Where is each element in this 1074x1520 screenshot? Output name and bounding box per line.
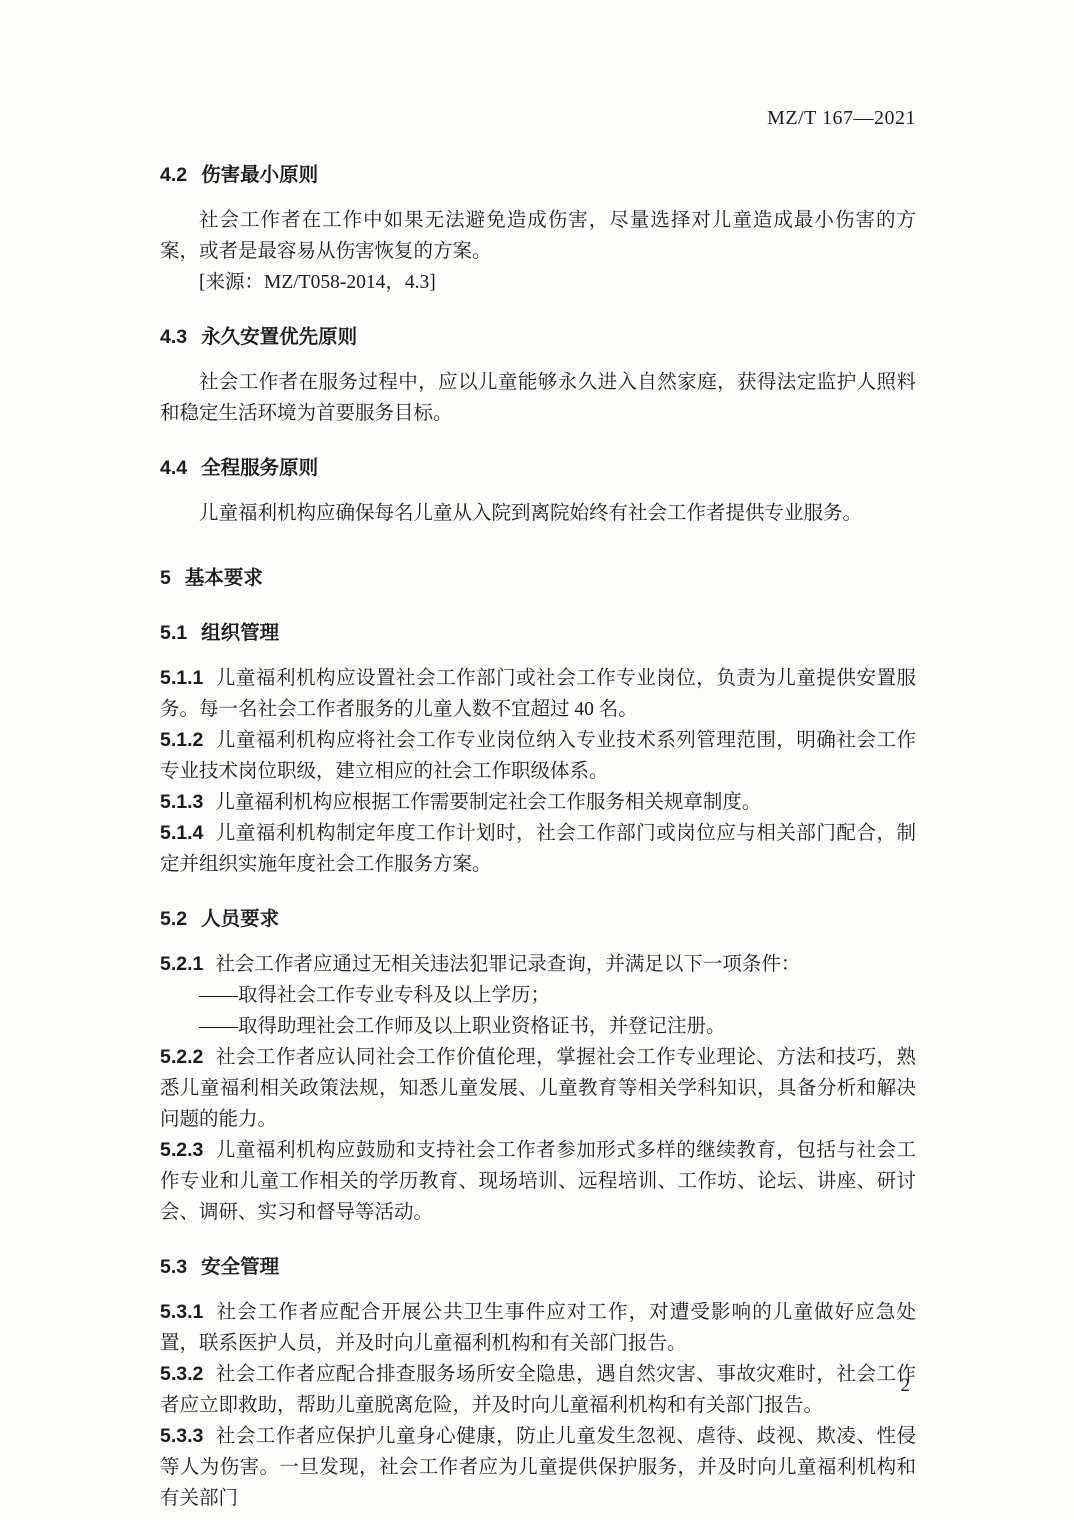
- clause-number: 5.2.1: [160, 953, 203, 975]
- chapter-heading: 5基本要求: [160, 563, 916, 594]
- section-title: 全程服务原则: [201, 457, 318, 479]
- section-number: 5.2: [160, 908, 187, 930]
- clause-text: 社会工作者应配合排查服务场所安全隐患，遇自然灾害、事故灾难时，社会工作者应立即救…: [160, 1364, 916, 1416]
- section-number: 5.1: [160, 622, 187, 644]
- clause-text: 社会工作者应通过无相关违法犯罪记录查询，并满足以下一项条件：: [215, 954, 800, 975]
- section-number: 4.3: [160, 326, 187, 348]
- clause: 5.1.2儿童福利机构应将社会工作专业岗位纳入专业技术系列管理范围，明确社会工作…: [160, 725, 916, 787]
- section-4-3: 4.3永久安置优先原则 社会工作者在服务过程中，应以儿童能够永久进入自然家庭，获…: [160, 322, 916, 429]
- clause: 5.3.1社会工作者应配合开展公共卫生事件应对工作，对遭受影响的儿童做好应急处置…: [160, 1297, 916, 1359]
- clause-number: 5.1.4: [160, 822, 203, 844]
- section-5-2: 5.2人员要求 5.2.1社会工作者应通过无相关违法犯罪记录查询，并满足以下一项…: [160, 904, 916, 1228]
- clause-number: 5.1.1: [160, 667, 203, 689]
- source-reference: [来源：MZ/T058-2014，4.3]: [160, 267, 916, 298]
- section-5-1: 5.1组织管理 5.1.1儿童福利机构应设置社会工作部门或社会工作专业岗位，负责…: [160, 618, 916, 880]
- clause-text: 社会工作者应保护儿童身心健康，防止儿童发生忽视、虐待、歧视、欺凌、性侵等人为伤害…: [160, 1426, 916, 1509]
- clause: 5.1.1儿童福利机构应设置社会工作部门或社会工作专业岗位，负责为儿童提供安置服…: [160, 663, 916, 725]
- clause-text: 儿童福利机构应鼓励和支持社会工作者参加形式多样的继续教育，包括与社会工作专业和儿…: [160, 1140, 916, 1223]
- section-5-3: 5.3安全管理 5.3.1社会工作者应配合开展公共卫生事件应对工作，对遭受影响的…: [160, 1252, 916, 1514]
- page-number: 2: [901, 1370, 911, 1401]
- section-title: 永久安置优先原则: [201, 326, 357, 348]
- section-heading: 5.1组织管理: [160, 618, 916, 649]
- clause-number: 5.1.3: [160, 791, 203, 813]
- clause-text: 儿童福利机构应根据工作需要制定社会工作服务相关规章制度。: [215, 792, 761, 813]
- paragraph: 社会工作者在工作中如果无法避免造成伤害，尽量选择对儿童造成最小伤害的方案，或者是…: [160, 205, 916, 267]
- section-title: 人员要求: [201, 908, 279, 930]
- section-heading: 4.4全程服务原则: [160, 453, 916, 484]
- clause-number: 5.1.2: [160, 729, 203, 751]
- section-heading: 5.3安全管理: [160, 1252, 916, 1283]
- section-number: 5.3: [160, 1256, 187, 1278]
- clause-number: 5.3.1: [160, 1301, 203, 1323]
- section-number: 4.4: [160, 457, 187, 479]
- section-heading: 4.3永久安置优先原则: [160, 322, 916, 353]
- document-page: MZ/T 167—2021 4.2伤害最小原则 社会工作者在工作中如果无法避免造…: [0, 0, 1074, 1520]
- section-title: 组织管理: [201, 622, 279, 644]
- chapter-number: 5: [160, 567, 171, 589]
- section-heading: 4.2伤害最小原则: [160, 160, 916, 191]
- paragraph: 社会工作者在服务过程中，应以儿童能够永久进入自然家庭，获得法定监护人照料和稳定生…: [160, 367, 916, 429]
- list-item: ——取得社会工作专业专科及以上学历；: [160, 980, 916, 1011]
- clause-number: 5.2.3: [160, 1139, 203, 1161]
- clause-number: 5.3.2: [160, 1363, 203, 1385]
- standard-number: MZ/T 167—2021: [160, 103, 916, 134]
- section-heading: 5.2人员要求: [160, 904, 916, 935]
- clause: 5.2.3儿童福利机构应鼓励和支持社会工作者参加形式多样的继续教育，包括与社会工…: [160, 1135, 916, 1228]
- chapter-title: 基本要求: [185, 567, 263, 589]
- clause-number: 5.3.3: [160, 1425, 203, 1447]
- clause: 5.3.3社会工作者应保护儿童身心健康，防止儿童发生忽视、虐待、歧视、欺凌、性侵…: [160, 1421, 916, 1514]
- clause-text: 儿童福利机构制定年度工作计划时，社会工作部门或岗位应与相关部门配合，制定并组织实…: [160, 823, 916, 875]
- clause-text: 儿童福利机构应将社会工作专业岗位纳入专业技术系列管理范围，明确社会工作专业技术岗…: [160, 730, 916, 782]
- clause: 5.2.1社会工作者应通过无相关违法犯罪记录查询，并满足以下一项条件：: [160, 949, 916, 980]
- chapter-5: 5基本要求: [160, 563, 916, 594]
- clause: 5.1.3儿童福利机构应根据工作需要制定社会工作服务相关规章制度。: [160, 787, 916, 818]
- section-title: 安全管理: [201, 1256, 279, 1278]
- section-4-4: 4.4全程服务原则 儿童福利机构应确保每名儿童从入院到离院始终有社会工作者提供专…: [160, 453, 916, 529]
- clause: 5.1.4儿童福利机构制定年度工作计划时，社会工作部门或岗位应与相关部门配合，制…: [160, 818, 916, 880]
- clause-text: 儿童福利机构应设置社会工作部门或社会工作专业岗位，负责为儿童提供安置服务。每一名…: [160, 668, 916, 720]
- clause-text: 社会工作者应认同社会工作价值伦理，掌握社会工作专业理论、方法和技巧，熟悉儿童福利…: [160, 1047, 916, 1130]
- paragraph: 儿童福利机构应确保每名儿童从入院到离院始终有社会工作者提供专业服务。: [160, 498, 916, 529]
- clause-number: 5.2.2: [160, 1046, 203, 1068]
- section-4-2: 4.2伤害最小原则 社会工作者在工作中如果无法避免造成伤害，尽量选择对儿童造成最…: [160, 160, 916, 298]
- clause: 5.3.2社会工作者应配合排查服务场所安全隐患，遇自然灾害、事故灾难时，社会工作…: [160, 1359, 916, 1421]
- list-item: ——取得助理社会工作师及以上职业资格证书，并登记注册。: [160, 1011, 916, 1042]
- clause-text: 社会工作者应配合开展公共卫生事件应对工作，对遭受影响的儿童做好应急处置，联系医护…: [160, 1302, 916, 1354]
- clause: 5.2.2社会工作者应认同社会工作价值伦理，掌握社会工作专业理论、方法和技巧，熟…: [160, 1042, 916, 1135]
- section-title: 伤害最小原则: [201, 164, 318, 186]
- section-number: 4.2: [160, 164, 187, 186]
